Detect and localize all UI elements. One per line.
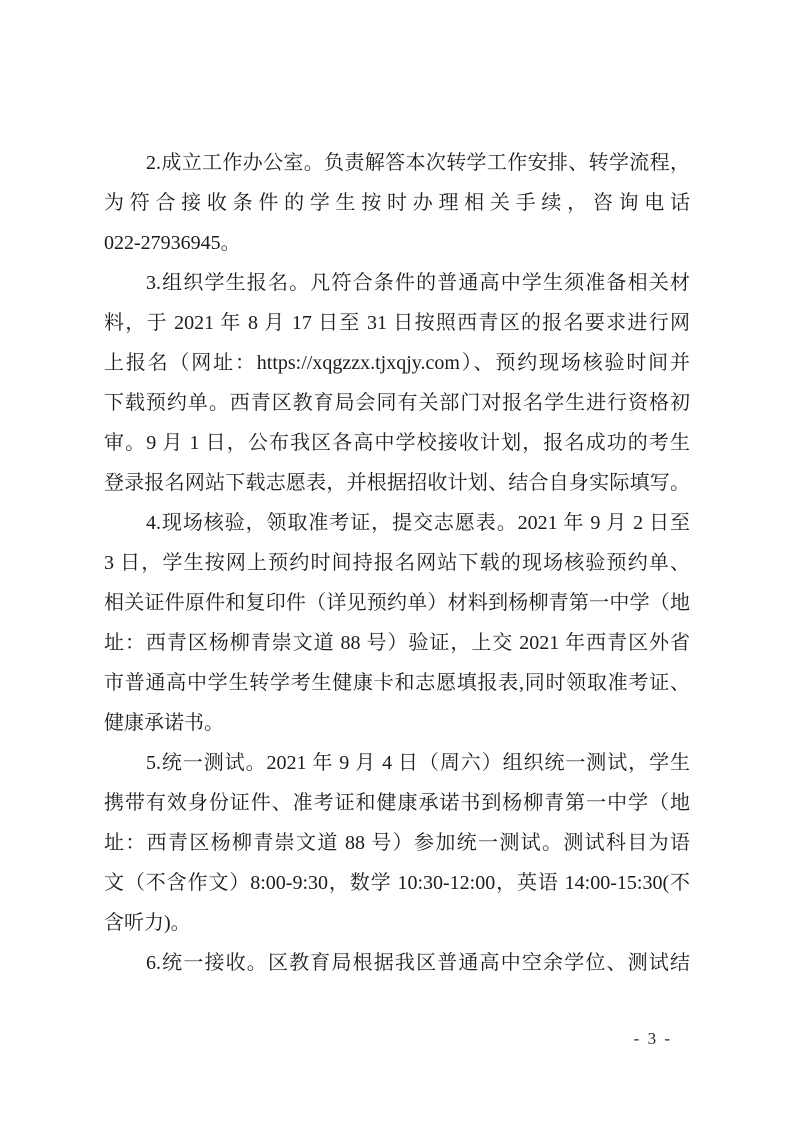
document-line: 6.统一接收。区教育局根据我区普通高中空余学位、测试结: [104, 943, 690, 983]
document-line: 3 日，学生按网上预约时间持报名网站下载的现场核验预约单、: [104, 543, 690, 583]
document-line: 2.成立工作办公室。负责解答本次转学工作安排、转学流程，: [104, 143, 690, 183]
document-line: 3.组织学生报名。凡符合条件的普通高中学生须准备相关材: [104, 263, 690, 303]
document-line: 携带有效身份证件、准考证和健康承诺书到杨柳青第一中学（地: [104, 783, 690, 823]
paragraph-item-3: 3.组织学生报名。凡符合条件的普通高中学生须准备相关材 料，于 2021 年 8…: [104, 263, 690, 503]
document-line: 审。9 月 1 日，公布我区各高中学校接收计划，报名成功的考生: [104, 423, 690, 463]
document-line: 下载预约单。西青区教育局会同有关部门对报名学生进行资格初: [104, 383, 690, 423]
document-line: 址：西青区杨柳青崇文道 88 号）验证，上交 2021 年西青区外省: [104, 623, 690, 663]
document-line: 4.现场核验，领取准考证，提交志愿表。2021 年 9 月 2 日至: [104, 503, 690, 543]
document-line: 上报名（网址：https://xqgzzx.tjxqjy.com）、预约现场核验…: [104, 343, 690, 383]
document-page: 2.成立工作办公室。负责解答本次转学工作安排、转学流程， 为符合接收条件的学生按…: [0, 0, 794, 1123]
paragraph-item-2: 2.成立工作办公室。负责解答本次转学工作安排、转学流程， 为符合接收条件的学生按…: [104, 143, 690, 263]
document-body: 2.成立工作办公室。负责解答本次转学工作安排、转学流程， 为符合接收条件的学生按…: [104, 143, 690, 983]
document-line: 含听力)。: [104, 903, 690, 943]
paragraph-item-6: 6.统一接收。区教育局根据我区普通高中空余学位、测试结: [104, 943, 690, 983]
document-line: 登录报名网站下载志愿表，并根据招收计划、结合自身实际填写。: [104, 463, 690, 503]
document-line: 相关证件原件和复印件（详见预约单）材料到杨柳青第一中学（地: [104, 583, 690, 623]
paragraph-item-4: 4.现场核验，领取准考证，提交志愿表。2021 年 9 月 2 日至 3 日，学…: [104, 503, 690, 743]
document-line: 址：西青区杨柳青崇文道 88 号）参加统一测试。测试科目为语: [104, 823, 690, 863]
document-line: 健康承诺书。: [104, 703, 690, 743]
document-line: 文（不含作文）8:00-9:30，数学 10:30-12:00，英语 14:00…: [104, 863, 690, 903]
document-line: 为符合接收条件的学生按时办理相关手续，咨询电话: [104, 183, 690, 223]
document-line: 022-27936945。: [104, 223, 690, 263]
page-number: - 3 -: [634, 1028, 672, 1050]
paragraph-item-5: 5.统一测试。2021 年 9 月 4 日（周六）组织统一测试，学生 携带有效身…: [104, 743, 690, 943]
document-line: 市普通高中学生转学考生健康卡和志愿填报表,同时领取准考证、: [104, 663, 690, 703]
document-line: 5.统一测试。2021 年 9 月 4 日（周六）组织统一测试，学生: [104, 743, 690, 783]
document-line: 料，于 2021 年 8 月 17 日至 31 日按照西青区的报名要求进行网: [104, 303, 690, 343]
